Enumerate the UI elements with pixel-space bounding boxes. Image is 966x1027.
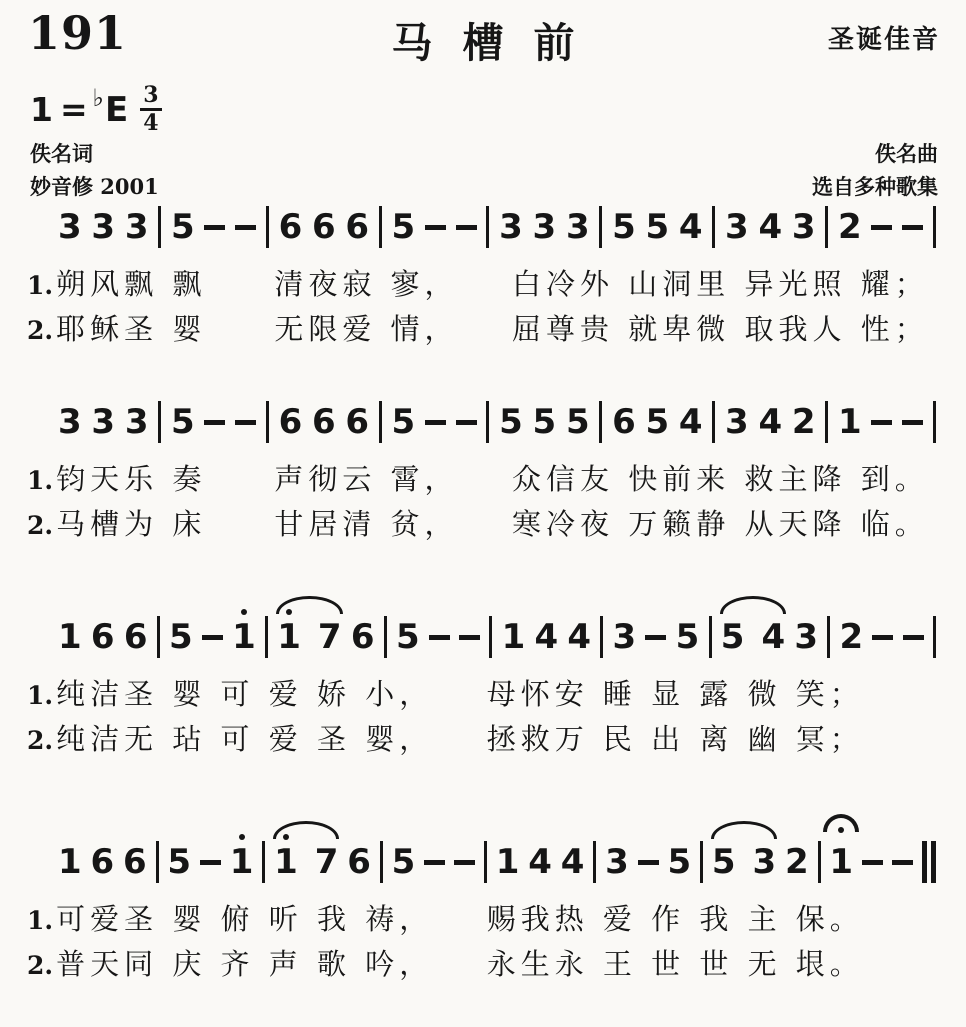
bar-line xyxy=(486,206,489,248)
credits-left: 佚名词 妙音修 2001 xyxy=(30,138,159,203)
duration-dash xyxy=(903,635,924,640)
note-digit: 1 xyxy=(829,845,853,879)
notation-line: 166511765144355432 xyxy=(58,613,936,661)
note-digit: 1 xyxy=(232,620,256,654)
note-digit: 3 xyxy=(605,845,629,879)
verse-text: 马槽为 床 甘居清 贫， 寒冷夜 万籁静 从天降 临。 xyxy=(56,505,929,543)
duration-dash xyxy=(429,635,450,640)
verse-number: 1. xyxy=(27,269,53,302)
duration-dash xyxy=(902,420,923,425)
note-digit: 4 xyxy=(679,210,703,244)
note-digit: 1 xyxy=(58,845,82,879)
note-digit: 6 xyxy=(347,845,371,879)
verse-2-lyrics: 2.马槽为 床 甘居清 贫， 寒冷夜 万籁静 从天降 临。 xyxy=(27,505,948,543)
fermata-dot xyxy=(838,827,844,833)
note-digit: 5 xyxy=(533,405,557,439)
verse-text: 钧天乐 奏 声彻云 霄， 众信友 快前来 救主降 到。 xyxy=(56,460,929,498)
note-digit: 5 xyxy=(499,405,523,439)
note-digit: 4 xyxy=(561,845,585,879)
note-digit: 3 xyxy=(91,210,115,244)
slur-group: 53 xyxy=(712,845,776,879)
note-digit: 5 xyxy=(721,620,745,654)
verse-2-lyrics: 2.纯洁无 玷 可 爱 圣 婴， 拯救万 民 出 离 幽 冥； xyxy=(27,720,948,758)
music-system-4: 1665117651443553211.可爱圣 婴 俯 听 我 祷， 赐我热 爱… xyxy=(0,838,966,984)
bar-line xyxy=(712,206,715,248)
octave-dot xyxy=(239,834,245,840)
note-digit: 3 xyxy=(725,405,749,439)
note-digit: 5 xyxy=(645,405,669,439)
duration-dash xyxy=(235,225,256,230)
bar-line xyxy=(266,401,269,443)
note-digit: 5 xyxy=(392,210,416,244)
bar-line xyxy=(933,206,936,248)
credits-right: 佚名曲 选自多种歌集 xyxy=(812,138,938,203)
note-digit: 3 xyxy=(91,405,115,439)
bar-line xyxy=(709,616,712,658)
slur-group: 17 xyxy=(277,620,341,654)
note-digit: 6 xyxy=(124,620,148,654)
note-digit: 3 xyxy=(613,620,637,654)
verse-text: 纯洁圣 婴 可 爱 娇 小， 母怀安 睡 显 露 微 笑； xyxy=(56,675,864,713)
verse-number: 2. xyxy=(27,509,53,542)
duration-dash xyxy=(200,860,221,865)
lyrics-block: 1.纯洁圣 婴 可 爱 娇 小， 母怀安 睡 显 露 微 笑；2.纯洁无 玷 可… xyxy=(27,675,948,759)
bar-line xyxy=(593,841,596,883)
bar-line xyxy=(827,616,830,658)
lyrics-block: 1.朔风飘 飘 清夜寂 寥， 白冷外 山洞里 异光照 耀；2.耶稣圣 婴 无限爱… xyxy=(27,265,948,349)
key-tonic: 1 xyxy=(30,90,53,129)
meter-unit: 4 xyxy=(143,111,158,135)
slur-icon xyxy=(720,596,786,614)
note-digit: 2 xyxy=(840,620,864,654)
duration-dash xyxy=(638,860,659,865)
verse-text: 普天同 庆 齐 声 歌 吟， 永生永 王 世 世 无 垠。 xyxy=(56,945,864,983)
note-digit: 6 xyxy=(345,405,369,439)
duration-dash xyxy=(454,860,475,865)
note-digit: 6 xyxy=(312,405,336,439)
bar-line xyxy=(818,841,821,883)
note-digit: 5 xyxy=(171,405,195,439)
note-digit: 1 xyxy=(838,405,862,439)
bar-line xyxy=(933,616,936,658)
bar-line xyxy=(384,616,387,658)
notation-line: 166511765144355321 xyxy=(58,838,936,886)
note-digit: 7 xyxy=(315,845,339,879)
note-digit: 1 xyxy=(58,620,82,654)
note-digit: 5 xyxy=(169,620,193,654)
duration-dash xyxy=(202,635,223,640)
note-digit: 3 xyxy=(566,210,590,244)
verse-number: 1. xyxy=(27,679,53,712)
note-digit: 5 xyxy=(712,845,736,879)
verse-text: 朔风飘 飘 清夜寂 寥， 白冷外 山洞里 异光照 耀； xyxy=(56,265,929,303)
duration-dash xyxy=(425,420,446,425)
duration-dash xyxy=(204,225,225,230)
note-digit: 3 xyxy=(725,210,749,244)
note-digit: 7 xyxy=(318,620,342,654)
key-note: E xyxy=(105,93,128,127)
note-digit: 2 xyxy=(792,405,816,439)
note-digit: 1 xyxy=(277,620,301,654)
reviser-credit: 妙音修 2001 xyxy=(30,171,159,204)
note-digit: 4 xyxy=(758,210,782,244)
verse-1-lyrics: 1.纯洁圣 婴 可 爱 娇 小， 母怀安 睡 显 露 微 笑； xyxy=(27,675,948,713)
note-digit: 4 xyxy=(679,405,703,439)
source-credit: 选自多种歌集 xyxy=(812,171,938,204)
duration-dash xyxy=(871,225,892,230)
bar-line xyxy=(266,206,269,248)
note-digit: 6 xyxy=(91,845,115,879)
slur-icon xyxy=(711,821,777,839)
lyrics-block: 1.可爱圣 婴 俯 听 我 祷， 赐我热 爱 作 我 主 保。2.普天同 庆 齐… xyxy=(27,900,948,984)
bar-line xyxy=(825,206,828,248)
duration-dash xyxy=(425,225,446,230)
slur-group: 54 xyxy=(721,620,785,654)
bar-line xyxy=(599,206,602,248)
bar-line xyxy=(600,616,603,658)
note-digit: 6 xyxy=(351,620,375,654)
verse-text: 可爱圣 婴 俯 听 我 祷， 赐我热 爱 作 我 主 保。 xyxy=(56,900,864,938)
bar-line xyxy=(158,401,161,443)
lyrics-block: 1.钧天乐 奏 声彻云 霄， 众信友 快前来 救主降 到。2.马槽为 床 甘居清… xyxy=(27,460,948,544)
note-digit: 4 xyxy=(567,620,591,654)
bar-line xyxy=(265,616,268,658)
bar-line xyxy=(599,401,602,443)
note-digit: 1 xyxy=(274,845,298,879)
bar-line xyxy=(379,401,382,443)
bar-line xyxy=(157,616,160,658)
bar-line xyxy=(922,841,927,883)
key-equals: = xyxy=(60,90,88,129)
verse-1-lyrics: 1.钧天乐 奏 声彻云 霄， 众信友 快前来 救主降 到。 xyxy=(27,460,948,498)
composer-credit: 佚名曲 xyxy=(812,138,938,171)
note-digit: 5 xyxy=(392,845,416,879)
note-digit: 2 xyxy=(785,845,809,879)
note-digit: 5 xyxy=(171,210,195,244)
note-digit: 6 xyxy=(345,210,369,244)
octave-dot xyxy=(283,834,289,840)
note-digit: 4 xyxy=(528,845,552,879)
note-digit: 3 xyxy=(58,210,82,244)
verse-number: 2. xyxy=(27,314,53,347)
bar-line xyxy=(931,841,936,883)
verse-number: 2. xyxy=(27,724,53,757)
bar-line xyxy=(486,401,489,443)
verse-number: 1. xyxy=(27,904,53,937)
duration-dash xyxy=(235,420,256,425)
bar-line xyxy=(700,841,703,883)
duration-dash xyxy=(892,860,913,865)
note-digit: 6 xyxy=(279,405,303,439)
note-digit: 6 xyxy=(612,405,636,439)
duration-dash xyxy=(456,420,477,425)
note-digit: 5 xyxy=(392,405,416,439)
bar-line xyxy=(380,841,383,883)
note-digit: 5 xyxy=(676,620,700,654)
bar-line xyxy=(158,206,161,248)
lyricist-credit: 佚名词 xyxy=(30,138,159,171)
category-label: 圣诞佳音 xyxy=(828,19,940,56)
music-system-2: 3335666555565434211.钧天乐 奏 声彻云 霄， 众信友 快前来… xyxy=(0,398,966,544)
meter-beats: 3 xyxy=(140,84,161,111)
note-digit: 4 xyxy=(758,405,782,439)
bar-line xyxy=(484,841,487,883)
duration-dash xyxy=(862,860,883,865)
note-digit: 3 xyxy=(125,405,149,439)
music-system-1: 3335666533355434321.朔风飘 飘 清夜寂 寥， 白冷外 山洞里… xyxy=(0,203,966,349)
bar-line xyxy=(489,616,492,658)
duration-dash xyxy=(645,635,666,640)
bar-line xyxy=(825,401,828,443)
verse-text: 纯洁无 玷 可 爱 圣 婴， 拯救万 民 出 离 幽 冥； xyxy=(56,720,864,758)
duration-dash xyxy=(872,635,893,640)
duration-dash xyxy=(902,225,923,230)
verse-number: 2. xyxy=(27,949,53,982)
bar-line xyxy=(262,841,265,883)
note-digit: 3 xyxy=(58,405,82,439)
note-digit: 2 xyxy=(838,210,862,244)
duration-dash xyxy=(871,420,892,425)
slur-group: 17 xyxy=(274,845,338,879)
duration-dash xyxy=(459,635,480,640)
note-digit: 5 xyxy=(396,620,420,654)
bar-line xyxy=(712,401,715,443)
note-digit: 6 xyxy=(279,210,303,244)
note-digit: 3 xyxy=(794,620,818,654)
note-digit: 5 xyxy=(667,845,691,879)
note-digit: 3 xyxy=(792,210,816,244)
bar-line xyxy=(379,206,382,248)
note-digit: 5 xyxy=(167,845,191,879)
notation-line: 333566653335543432 xyxy=(58,203,936,251)
note-digit: 4 xyxy=(761,620,785,654)
octave-dot xyxy=(286,609,292,615)
note-digit: 3 xyxy=(125,210,149,244)
note-digit: 5 xyxy=(612,210,636,244)
hymnal-page: 191 马槽前 圣诞佳音 1 = ♭ E 3 4 佚名词 妙音修 2001 佚名… xyxy=(0,0,966,1027)
duration-dash xyxy=(424,860,445,865)
note-digit: 5 xyxy=(566,405,590,439)
note-digit: 3 xyxy=(752,845,776,879)
music-system-3: 1665117651443554321.纯洁圣 婴 可 爱 娇 小， 母怀安 睡… xyxy=(0,613,966,759)
note-digit: 4 xyxy=(534,620,558,654)
verse-2-lyrics: 2.耶稣圣 婴 无限爱 情， 屈尊贵 就卑微 取我人 性； xyxy=(27,310,948,348)
bar-line xyxy=(156,841,159,883)
bar-line xyxy=(933,401,936,443)
verse-number: 1. xyxy=(27,464,53,497)
note-digit: 3 xyxy=(499,210,523,244)
verse-1-lyrics: 1.可爱圣 婴 俯 听 我 祷， 赐我热 爱 作 我 主 保。 xyxy=(27,900,948,938)
note-digit: 1 xyxy=(230,845,254,879)
octave-dot xyxy=(241,609,247,615)
verse-text: 耶稣圣 婴 无限爱 情， 屈尊贵 就卑微 取我人 性； xyxy=(56,310,929,348)
note-digit: 3 xyxy=(533,210,557,244)
page-title: 马槽前 xyxy=(0,10,966,69)
note-digit: 1 xyxy=(502,620,526,654)
notation-line: 333566655556543421 xyxy=(58,398,936,446)
time-signature: 3 4 xyxy=(140,84,161,135)
duration-dash xyxy=(204,420,225,425)
note-digit: 5 xyxy=(645,210,669,244)
verse-2-lyrics: 2.普天同 庆 齐 声 歌 吟， 永生永 王 世 世 无 垠。 xyxy=(27,945,948,983)
final-bar-line xyxy=(922,841,936,883)
note-digit: 6 xyxy=(312,210,336,244)
verse-1-lyrics: 1.朔风飘 飘 清夜寂 寥， 白冷外 山洞里 异光照 耀； xyxy=(27,265,948,303)
note-digit: 6 xyxy=(91,620,115,654)
note-digit: 6 xyxy=(123,845,147,879)
key-signature: 1 = ♭ E 3 4 xyxy=(30,84,162,135)
flat-icon: ♭ xyxy=(93,83,104,112)
duration-dash xyxy=(456,225,477,230)
note-digit: 1 xyxy=(496,845,520,879)
